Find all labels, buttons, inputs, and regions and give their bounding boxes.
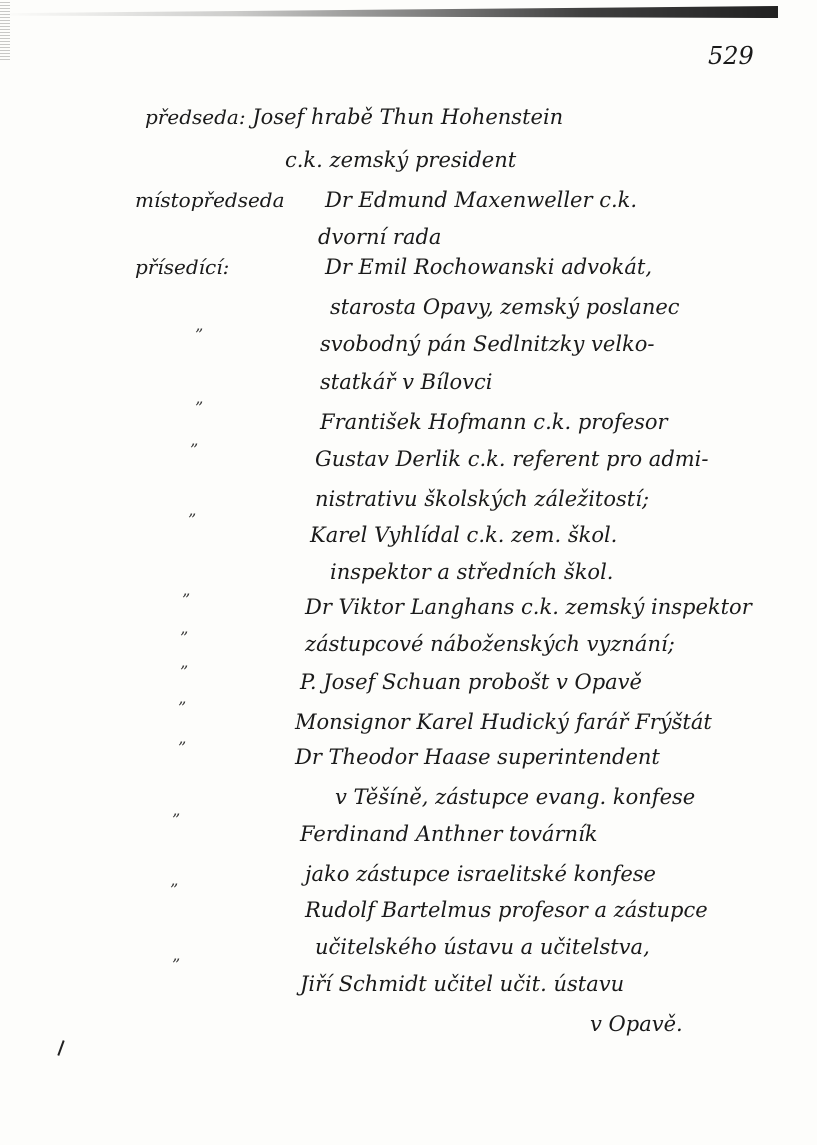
member-line: Gustav Derlik c.k. referent pro admi- [315, 447, 708, 471]
ditto-mark: ” [195, 325, 203, 344]
member-line: zástupcové náboženských vyznání; [305, 632, 675, 656]
member-line: svobodný pán Sedlnitzky velko- [320, 332, 655, 356]
member-line: František Hofmann c.k. profesor [320, 410, 668, 434]
member-line: Dr Viktor Langhans c.k. zemský inspektor [305, 595, 752, 619]
ditto-mark: ” [188, 510, 196, 529]
member-line: Dr Emil Rochowanski advokát, [325, 255, 652, 279]
chair-line: předseda: Josef hrabě Thun Hohenstein [145, 105, 563, 129]
member-line: nistrativu školských záležitostí; [315, 487, 649, 511]
member-line: Rudolf Bartelmus profesor a zástupce [305, 898, 708, 922]
vice-chair-label: místopředseda [135, 188, 285, 212]
ditto-mark: ” [172, 955, 180, 974]
ditto-mark: ” [195, 398, 203, 417]
member-line: starosta Opavy, zemský poslanec [330, 295, 680, 319]
ditto-mark: ” [178, 738, 186, 757]
ditto-mark: ” [180, 628, 188, 647]
vice-chair-name: Dr Edmund Maxenweller c.k. [325, 188, 637, 212]
ditto-mark: ” [182, 590, 190, 609]
ditto-mark: ” [178, 698, 186, 717]
ditto-mark: ” [190, 440, 198, 459]
member-line: Jiří Schmidt učitel učit. ústavu [300, 972, 624, 996]
member-line: jako zástupce israelitské konfese [305, 862, 656, 886]
vice-chair-title: dvorní rada [318, 225, 441, 249]
page-number: 529 [708, 42, 754, 70]
member-line: v Opavě. [590, 1012, 683, 1036]
chair-label: předseda: [145, 105, 246, 129]
chair-title: c.k. zemský president [285, 148, 516, 172]
member-line: Ferdinand Anthner továrník [300, 822, 598, 846]
member-line: v Těšíně, zástupce evang. konfese [335, 785, 695, 809]
stray-pen-mark [57, 1040, 64, 1056]
member-line: učitelského ústavu a učitelstva, [315, 935, 650, 959]
scan-edge-noise [0, 0, 10, 60]
chair-name: Josef hrabě Thun Hohenstein [252, 105, 563, 129]
member-line: inspektor a středních škol. [330, 560, 613, 584]
member-line: Dr Theodor Haase superintendent [295, 745, 660, 769]
member-line: Monsignor Karel Hudický farář Frýštát [295, 710, 712, 734]
ditto-mark: ” [172, 810, 180, 829]
ditto-mark: ” [170, 880, 178, 899]
member-line: statkář v Bílovci [320, 370, 493, 394]
ditto-mark: ” [180, 662, 188, 681]
member-line: Karel Vyhlídal c.k. zem. škol. [310, 523, 617, 547]
member-line: P. Josef Schuan probošt v Opavě [300, 670, 642, 694]
scan-edge-shadow [0, 6, 778, 18]
members-label: přísedící: [135, 255, 229, 279]
